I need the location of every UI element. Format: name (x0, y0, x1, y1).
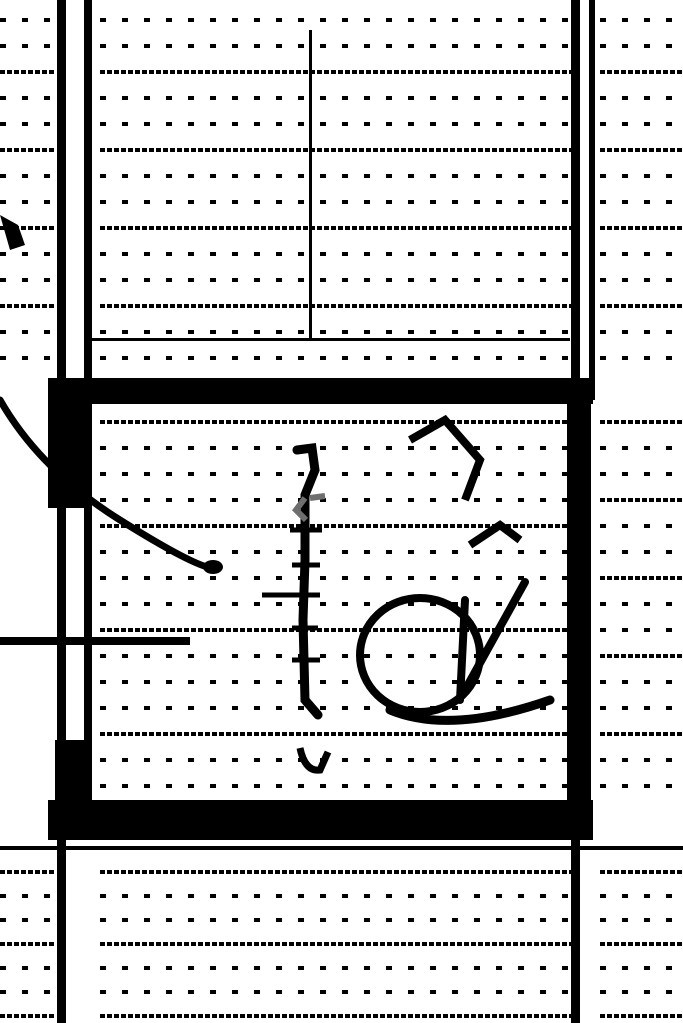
vertical-rule-right-outer (589, 0, 595, 400)
box-left-border-lower (55, 740, 85, 840)
box-left-thin (84, 378, 92, 828)
curved-arrow-mark (0, 400, 215, 568)
stroke-ticks (262, 530, 322, 660)
stroke-hook-bottom (300, 748, 328, 770)
row-rule-top (90, 338, 570, 341)
horizontal-dash-mark (0, 637, 190, 645)
vertical-rule-left-outer (57, 0, 66, 1023)
box-right-border (567, 378, 591, 840)
gray-chevron-mark (296, 496, 325, 520)
edge-blob-mark (0, 215, 25, 250)
row-rule-bottom (0, 846, 683, 850)
box-left-border (48, 378, 88, 508)
box-bottom-border (48, 800, 593, 840)
v-check-mark (460, 582, 525, 700)
scan-canvas (0, 0, 683, 1023)
vertical-tick-stroke (297, 448, 318, 715)
vertical-rule-center (309, 30, 312, 340)
box-top-border (48, 378, 593, 404)
arrow-tip (203, 560, 223, 574)
